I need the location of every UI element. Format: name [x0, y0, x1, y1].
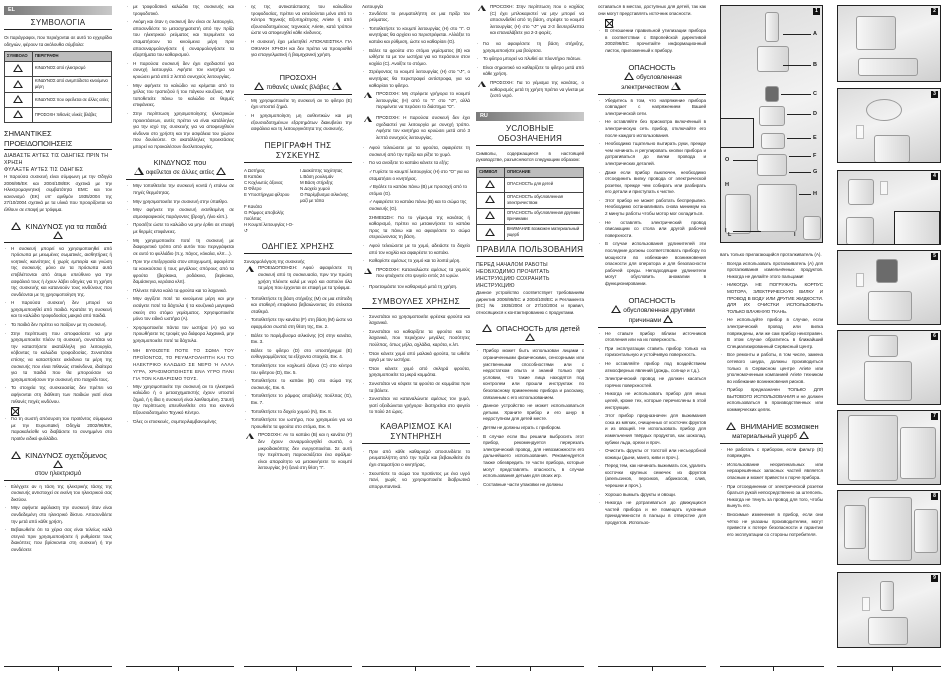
- repair-warnings-list: ης της αντικατάστασης του καλωδίου τροφο…: [244, 4, 352, 59]
- list-item: Όταν κάνετε χυμό από μαλακά φρούτα, τα ω…: [362, 351, 470, 364]
- down-arrow-icon: [856, 273, 864, 287]
- warning-triangle-icon: [663, 315, 673, 323]
- label-g: G: [813, 169, 817, 175]
- warning-triangle-icon: [11, 222, 21, 230]
- symbols-table-header-description: ΠΕΡΙΓΡΑΦΗ: [32, 52, 111, 62]
- down-arrow-icon: [880, 181, 888, 195]
- table-row: ОПАСНОСТЬ обусловленная другими причинам…: [477, 208, 584, 224]
- label-h: H: [813, 191, 817, 197]
- list-item: Προετοιμάστε τον καθαρισμό μετά τη χρήση…: [362, 284, 470, 291]
- list-item: Πριν την επεξεργασία στον αποχυμωτή, αφα…: [126, 259, 234, 285]
- list-item: Никогда не дотрагиваться до движущихся ч…: [598, 500, 706, 526]
- list-item: Всегда использовать проталкиватель (A) д…: [720, 261, 823, 281]
- other-warnings-list-ru: Не ставьте прибор вблизи источников отоп…: [598, 331, 706, 527]
- electric-warnings-list-ru: Убедитесь в том, что напряжение прибора …: [598, 98, 706, 288]
- assembly-caution-note: ΠΡΟΣΟΧΗ: Αν το καπάκι (B) και η κανάτα (…: [244, 432, 352, 474]
- page-number-mark: [530, 666, 531, 671]
- figure-1-exploded-view: 1 A B C D E F G H O H I: [720, 5, 823, 243]
- list-item: Βεβαιωθείτε ότι τα χέρια σας είναι τελεί…: [4, 527, 112, 553]
- list-item: Прибор предназначен ТОЛЬКО ДЛЯ БЫТОВОГО …: [720, 387, 823, 413]
- table-row: ОПАСНОСТЬ для детей: [477, 177, 584, 192]
- operation-note-4: ΠΡΟΣΟΧΗ: Καταναλώστε αμέσως τα χυμούς πο…: [362, 267, 470, 282]
- list-item: Για να ανοίξετε το καπάκι κάνετε τα εξής…: [362, 160, 470, 167]
- list-item: Не работать с прибором, если фильтр (E) …: [720, 447, 823, 460]
- list-item: Τα παιδιά δεν πρέπει να παίζουν με τη συ…: [4, 322, 112, 329]
- weee-bin-icon: [605, 19, 613, 28]
- list-item: Вносимые изменения в прибор, если они чё…: [720, 512, 823, 538]
- page-number-mark: [58, 666, 59, 671]
- caution-triangle-icon: [364, 92, 372, 98]
- list-item: Βάλτε τα φρούτα στο στόμιο γεμίσματος (B…: [362, 48, 470, 68]
- page-number-mark: [892, 666, 893, 671]
- warning-triangle-icon: [611, 305, 621, 313]
- other-danger-heading-ru: ОПАСНОСТЬ обусловленная другими причинам…: [598, 296, 706, 328]
- precautions-title: ΣΗΜΑΝΤΙΚΕΣ ΠΡΟΕΙΔΟΠΟΙΗΣΕΙΣ: [4, 129, 112, 150]
- lid-illustration: [757, 46, 789, 72]
- weee-notice-ru: В отношении правильной утилизации прибор…: [598, 28, 706, 54]
- greek-page-left: EL ΣΥΜΒΟΛΟΓΙΑ Οι παράγραφοι, που περιέχο…: [0, 0, 240, 677]
- page-number-mark: [652, 666, 653, 671]
- usage-warnings-list-ru: вать только прилагающийся проталкиватель…: [720, 252, 823, 414]
- check-item: ✓Γυρίστε το κουμπί λειτουργίας (H) στο "…: [362, 169, 470, 182]
- list-item: Μη χρησιμοποιείτε τη συσκευή αν το φίλτρ…: [244, 98, 352, 111]
- russian-page: ПРОСОХΗ: Στην περίπτωση που ο κοχλίας (C…: [472, 0, 714, 677]
- list-item: Συνιστάται να κόψετε τα φρούτα σε κομμάτ…: [362, 381, 470, 394]
- page-number-mark: [773, 666, 774, 671]
- figure-9-pusher-insertion: 9: [837, 572, 941, 648]
- list-item: Τοποθετήστε τη βάση στήριξης (M) σε μια …: [244, 296, 352, 316]
- symbols-table: ΣΥΜΒΟΛΟ ΠΕΡΙΓΡΑΦΗ ΚΙΝΔΥΝΟΣ από ηλεκτρισμ…: [4, 51, 112, 123]
- list-item: НИКОГДА НЕ ПОГРУЖАТЬ КОРПУС МОТОРА, ЭЛЕК…: [720, 282, 823, 315]
- rules-caps: ПЕРЕД НАЧАЛОМ РАБОТЫ НЕОБХОДИМО ПРОЧИТАТ…: [476, 262, 584, 290]
- list-item: Σκουπίστε το σώμα του προϊόντος με ένα υ…: [362, 471, 470, 491]
- figure-5-auger-insertion: 5: [837, 250, 941, 325]
- label-d: D: [813, 111, 817, 117]
- cleaning-title: ΚΑΘΑΡΙΣΜΟΣ ΚΑΙ ΣΥΝΤΗΡΗΣΗ: [362, 422, 470, 444]
- list-item: Этот прибор не может работать беспрерывн…: [598, 198, 706, 218]
- list-item: Составные части упаковки не должны: [476, 482, 584, 489]
- table-row: ΠΡΟΣΟΧΗ πιθανές υλικές βλάβες: [5, 107, 112, 122]
- list-item: Μην χρησιμοποιείτε την συσκευή στην ύπαι…: [126, 199, 234, 206]
- part-item: E Υποστήριγμα φίλτρου: [244, 192, 296, 204]
- table-row: ΚΙΝΔΥΝΟΣ από ηλεκτρισμό: [5, 61, 112, 76]
- list-item: Этот прибор предназначен для выжимания с…: [598, 413, 706, 446]
- auger-illustration: [765, 86, 779, 102]
- caution-triangle-icon: [799, 431, 809, 439]
- other-danger-heading: ΚΙΝΔΥΝΟΣ που οφείλεται σε άλλες αιτίες: [126, 158, 234, 180]
- footer-rule: [244, 666, 352, 667]
- label-f: F: [813, 153, 816, 159]
- symbols-table-ru: СИМВОЛ ОПИСАНИЕ ОПАСНОСТЬ для детей ОПАС…: [476, 167, 584, 241]
- footer-rule: [362, 666, 470, 667]
- warning-triangle-icon: [216, 167, 226, 175]
- list-item: Ακόμη και όταν η συσκευή δεν είναι σε λε…: [126, 19, 234, 59]
- table-row: ОПАСНОСТЬ обусловленная электричеством: [477, 192, 584, 208]
- list-item: Τοποθετήστε το κουμπί λειτουργίας (H) στ…: [362, 26, 470, 46]
- symbols-title-ru: УСЛОВНЫЕ ОБОЗНАЧЕНИЯ: [476, 124, 584, 146]
- list-item: Использование неоригинальных или неразре…: [720, 462, 823, 482]
- greek-column-3: ης της αντικατάστασης του καλωδίου τροφο…: [244, 4, 352, 476]
- list-item: Προσέξτε ώστε το καλώδιο να μην έρθει σε…: [126, 222, 234, 235]
- weee-bin-icon: [11, 407, 19, 416]
- pulp-container-illustration: [803, 216, 821, 240]
- label-e: E: [813, 135, 817, 141]
- list-item: При отсоединении от электрической розетк…: [720, 484, 823, 510]
- electric-warnings-list: Ελέγχετε αν η τάση της ηλεκτρικής τάσης …: [4, 484, 112, 554]
- filter-illustration: [759, 106, 785, 126]
- parts-list: A Ωστήρας I Διακόπτης ταχύτητας B Καπάκι…: [244, 168, 352, 234]
- figure-8-juice-container: 8: [837, 490, 941, 565]
- caution-triangle-icon: [478, 81, 486, 87]
- tips-list: Συνιστάται να χρησιμοποιείτε φρέσκα φρού…: [362, 314, 470, 416]
- symbols-title: ΣΥΜΒΟΛΟΓΙΑ: [4, 18, 112, 30]
- compliance-text-ru: Данное устройство соответствует требован…: [476, 290, 584, 316]
- part-item: G Ράμφος αποβολής πούλπας: [244, 210, 296, 222]
- operation-note-2: ΠΡΟΣΟΧΗ: Η παρούσα συσκευή δεν έχει σχεδ…: [362, 115, 470, 143]
- list-item: Πλένετε πάντα καλά τα φρούτα και τα λαχα…: [126, 288, 234, 295]
- caution-triangle-icon: [726, 422, 736, 430]
- label-o: O: [725, 157, 729, 163]
- list-item: Убедитесь в том, что напряжение прибора …: [598, 98, 706, 118]
- russian-column-2: оставаться в местах, доступных для детей…: [598, 4, 706, 529]
- list-item: Не оставляйте без присмотра включённый в…: [598, 119, 706, 139]
- footer-rule: [720, 666, 824, 667]
- list-item: Όταν κάνετε χυμό από σκληρά φρούτα, χρησ…: [362, 366, 470, 379]
- list-item: Μην χρησιμοποιείτε την συσκευή αν το ηλε…: [126, 384, 234, 417]
- list-item: Очистить фрукты от толстой или несъедобн…: [598, 448, 706, 461]
- operation-title: Λειτουργία: [362, 4, 470, 11]
- symbols-intro: Οι παράγραφοι, που περιέχονται σε αυτό τ…: [4, 35, 112, 48]
- list-item: Даже если прибор выключен, необходимо от…: [598, 170, 706, 196]
- rules-title: ПРАВИЛА ПОЛЬЗОВАНИЯ: [476, 245, 584, 257]
- continued-text: оставаться в местах, доступных для детей…: [598, 4, 706, 17]
- list-item: Ελέγχετε αν η τάση της ηλεκτρικής τάσης …: [4, 484, 112, 504]
- tips-title: ΣΥΜΒΟΥΛΕΣ ΧΡΗΣΗΣ: [362, 297, 470, 309]
- label-c: C: [813, 91, 817, 97]
- list-item: Не оставляйте прибор под воздействием ат…: [598, 361, 706, 374]
- list-item: Συνιστάται να καθαρίζετε τα φρούτα και τ…: [362, 329, 470, 349]
- list-item: Прибор может быть использован лицами с о…: [476, 348, 584, 401]
- symbols-table-header-symbol: ΣΥΜΒΟΛΟ: [5, 52, 33, 62]
- list-item: Στην περίπτωση χρησιμοποίησης ηλεκτρικών…: [126, 111, 234, 151]
- list-item: Электрический провод не должен касаться …: [598, 376, 706, 389]
- seal-detail-inset: [720, 118, 754, 148]
- figure-2-jug-on-base: 2: [837, 5, 941, 82]
- weee-notice: Για τη σωστή απόσυρση του προϊόντος σύμφ…: [4, 416, 112, 442]
- juice-container-illustration: [725, 194, 751, 234]
- figure-7-pulp-container: 7: [837, 410, 941, 485]
- compliance-text: Η παρούσα συσκευή είναι σύμφωνη με την Ο…: [4, 174, 112, 214]
- russian-column-3: вать только прилагающийся проталкиватель…: [720, 252, 823, 540]
- figure-6-lid-placement: 6: [837, 330, 941, 405]
- electric-warning-icon: [11, 451, 21, 459]
- list-item: Τοποθετήστε την κανάτα (F) στη βάση (M) …: [244, 317, 352, 330]
- list-item: Καθαρίστε αμέσως το χυμό και τα λοιπά μέ…: [362, 258, 470, 265]
- electric-warning-icon: [624, 72, 634, 80]
- list-item: Необходимо тщательно вытирать руки, преж…: [598, 141, 706, 167]
- list-item: Τοποθετήστε τον κοχλιωτό άξονα (C) στο κ…: [244, 363, 352, 376]
- pusher-illustration: [765, 12, 779, 42]
- description-title: ΠΕΡΙΓΡΑΦΗ ΤΗΣ ΣΥΣΚΕΥΗΣ: [244, 141, 352, 163]
- symbols-intro-ru: Символы, содержащиеся в настоящей руково…: [476, 151, 584, 164]
- list-item: Τα στοιχεία της συσκευασίας δεν πρέπει ν…: [4, 385, 112, 405]
- label-i-right: I: [794, 232, 796, 238]
- operation-note-1: ΠΡΟΣΟΧΗ: Μη στρέφετε γρήγορα το κουμπί λ…: [362, 91, 470, 113]
- list-item: Никогда не использовать прибор для иных …: [598, 391, 706, 411]
- list-item: Μην τοποθετείτε την συσκευή κοντά ή επάν…: [126, 183, 234, 196]
- operation-note-3: ΣΗΜΕΙΩΣΗ: Για το γέμισμα της κανάτας ή κ…: [362, 215, 470, 241]
- warning-triangle-icon: [482, 324, 492, 332]
- caution-list: Μη χρησιμοποιείτε τη συσκευή αν το φίλτρ…: [244, 98, 352, 133]
- down-arrow-icon: [862, 597, 870, 611]
- electric-danger-heading: ΚΙΝΔΥΝΟΣ σχετιζόμενος στον ηλεκτρισμό: [4, 451, 112, 481]
- list-item: В случае если Вы решили выбросить этот п…: [476, 434, 584, 480]
- label-l: L: [728, 232, 731, 238]
- part-item: H Κουμπί λειτουργίας I-O-↺: [244, 222, 296, 234]
- list-item: Μην αφήνετε την συσκευή εκτεθειμένη σε α…: [126, 207, 234, 220]
- caution-heading: ΠΡΟΣΟΧΗ πιθανές υλικές βλάβες: [244, 73, 352, 95]
- footer-rule: [126, 666, 234, 667]
- list-item: Συνδέστε το ρευματολήπτη σε μια πρίζα το…: [362, 11, 470, 24]
- warning-triangle-icon: [53, 231, 63, 239]
- usage-title: ΟΔΗΓΙΕΣ ΧΡΗΣΗΣ: [244, 242, 352, 254]
- filter-holder-illustration: [761, 133, 785, 149]
- general-warnings-list: με τροφοδοτικό καλώδιο της συσκευής και …: [126, 4, 234, 150]
- children-warnings-list-ru: Прибор может быть использован лицами с о…: [476, 348, 584, 488]
- list-item: Данное устройство не может использоватьс…: [476, 403, 584, 423]
- list-item: Αφού τελειώσετε με το χυμό, αδειάστε το …: [362, 243, 470, 256]
- caution-triangle-icon: [332, 82, 342, 90]
- list-item: Βάλτε το φίλτρο (D) στο υποστήριγμα (E) …: [244, 348, 352, 361]
- list-item: Перед тем, как начинать выжимать сок, уд…: [598, 463, 706, 489]
- footer-rule: [837, 666, 941, 667]
- list-item: Βάλτε το παρέμβυσμα σιλικόνης (O) στην κ…: [244, 333, 352, 346]
- caution-triangle-icon: [246, 433, 254, 439]
- list-item: Не используйте прибор в случае, если эле…: [720, 317, 823, 350]
- figure-3-seal-insertion: 3: [837, 88, 941, 163]
- list-item: Το φίλτρο μπορεί να πλυθεί σε πλυντήριο …: [476, 56, 584, 63]
- list-item: Η παρούσα συσκευή δεν έχει σχεδιαστεί γι…: [126, 61, 234, 81]
- page-number-mark: [296, 666, 297, 671]
- caution-triangle-icon: [478, 5, 486, 11]
- list-item: Η παρούσα συσκευή δεν μπορεί να χρησιμοπ…: [4, 300, 112, 320]
- list-item: Αφού τελειώσετε με τα φρούτα, αφαιρέστε …: [362, 145, 470, 158]
- list-item: Τοποθετήστε τον ωστήρα, που χρησιμεύει γ…: [244, 417, 352, 430]
- list-item: Χρησιμοποιείτε πάντα τον ωστήρα (A) για …: [126, 325, 234, 345]
- list-item: Η χρησιμοποίηση μη αυθεντικών και μη εξο…: [244, 113, 352, 133]
- page-number-mark: [415, 666, 416, 671]
- warning-triangle-icon: [525, 333, 535, 341]
- check-item: ✓Αφαιρέστε το καπάκι πάνω (B) και το σώμ…: [362, 199, 470, 212]
- electric-warning-icon: [485, 195, 495, 203]
- jug-illustration: [757, 154, 787, 176]
- figure-4-filter-insertion: 4: [837, 170, 941, 245]
- language-tab-el: EL: [4, 6, 112, 15]
- greek-column-2: με τροφοδοτικό καλώδιο της συσκευής και …: [126, 4, 234, 427]
- list-item: Μη χρησιμοποιείτε ποτέ τη συσκευή με δια…: [126, 238, 234, 258]
- label-b: B: [813, 62, 817, 68]
- list-item: Όλες οι επισκευές, συμπεριλαμβανομένης: [126, 419, 234, 426]
- table-row: ВНИМАНИЕ возможен материальный ущерб: [477, 224, 584, 240]
- list-item: Не оставлять электрический провод свисаю…: [598, 220, 706, 240]
- warning-triangle-icon: [485, 180, 495, 188]
- russian-column-1: ПРОСОХΗ: Στην περίπτωση που ο κοχλίας (C…: [476, 4, 584, 490]
- label-a: A: [813, 31, 817, 37]
- language-tab-ru: RU: [476, 112, 584, 121]
- caution-list-ru: Не работать с прибором, если фильтр (E) …: [720, 447, 823, 539]
- list-item: Все ремонты и работы, в том числе, замен…: [720, 352, 823, 385]
- label-n: H: [725, 182, 729, 188]
- list-item: με τροφοδοτικό καλώδιο της συσκευής και …: [126, 4, 234, 17]
- electric-warning-icon: [13, 80, 23, 88]
- list-item: При эксплуатации ставить прибор только н…: [598, 346, 706, 359]
- list-item: ΜΗ ΒΥΘΙΖΕΤΕ ΠΟΤΕ ΤΟ ΣΩΜΑ ΤΟΥ ΠΡΟΪΟΝΤΟΣ, …: [126, 347, 234, 382]
- caution-triangle-icon: [254, 82, 264, 90]
- list-item: Τοποθετήστε το καπάκι (B) στο σώμα της σ…: [244, 378, 352, 391]
- greek-page-right: ης της αντικατάστασης του καλωδίου τροφο…: [240, 0, 472, 677]
- greek-column-4: Λειτουργία Συνδέστε το ρευματολήπτη σε μ…: [362, 4, 470, 492]
- caution-triangle-icon: [13, 110, 23, 118]
- part-item: O Παρέμβυσμα σιλικόνης μαζί με τάπα: [300, 192, 352, 204]
- warning-triangle-icon: [13, 64, 23, 72]
- figure-number: 1: [813, 8, 820, 15]
- caution-triangle-icon: [485, 228, 495, 236]
- label-i: I: [725, 228, 727, 234]
- list-item: Μην αφήνετε το καλώδιο να κρέμεται από τ…: [126, 83, 234, 109]
- read-instructions-line: ΔΙΑΒΑΣΤΕ ΑΥΤΕΣ ΤΙΣ ΟΔΗΓΙΕΣ ΠΡΙΝ ΤΗ ΧΡΗΣΗ: [4, 153, 112, 167]
- cleaning-list: Πριν από κάθε καθαρισμό αποσυνδέετε το ρ…: [362, 449, 470, 491]
- caution-triangle-icon: [364, 268, 372, 274]
- down-arrow-icon: [856, 125, 864, 139]
- list-item: Детям не должны играть с прибором.: [476, 425, 584, 432]
- list-item: Συνιστάται να χρησιμοποιείτε φρέσκα φρού…: [362, 314, 470, 327]
- list-item: Η συσκευή μπορεί να χρησιμοποιηθεί από π…: [4, 246, 112, 299]
- list-item: Τοποθετήστε το ράμφος αποβολής πούλπας (…: [244, 393, 352, 406]
- warning-triangle-icon: [485, 211, 495, 219]
- list-item: Μην αφήνετε αφύλακτη την συσκευή όταν εί…: [4, 505, 112, 525]
- list-item: Η συσκευή έχει μελετηθεί ΑΠΟΚΛΕΙΣΤΙΚΑ ΓΙ…: [244, 39, 352, 59]
- warning-triangle-icon: [134, 167, 144, 175]
- list-item: Хорошо вымыть фрукты и овощи.: [598, 492, 706, 499]
- usage-warning-note: ΠΡΟΕΙΔΟΠΟΙΗΣΗ: Αφού αφαιρέσετε τη συσκευ…: [244, 265, 352, 293]
- list-item: Είναι σημαντικό να καθαρίζετε το φίλτρο …: [476, 65, 584, 78]
- check-item: ✓Βγάλτε το καπάκι πάνω (B) με προσοχή απ…: [362, 184, 470, 197]
- list-item: Τοποθετήστε το δοχείο χυμού (N), Εικ. 8.: [244, 409, 352, 416]
- children-warnings-list: Η συσκευή μπορεί να χρησιμοποιηθεί από π…: [4, 246, 112, 406]
- list-item: Πριν από κάθε καθαρισμό αποσυνδέετε το ρ…: [362, 449, 470, 469]
- children-danger-heading: ΚΙΝΔΥΝΟΣ για τα παιδιά: [4, 222, 112, 243]
- assembly-steps-list: Τοποθετήστε τη βάση στήριξης (M) σε μια …: [244, 296, 352, 431]
- table-row: ΚΙΝΔΥΝΟΣ που οφείλεται σε άλλες αιτίες: [5, 92, 112, 107]
- list-item: Не ставьте прибор вблизи источников отоп…: [598, 331, 706, 344]
- greek-column-1: EL ΣΥΜΒΟΛΟΓΙΑ Οι παράγραφοι, που περιέχο…: [4, 6, 112, 556]
- caution-triangle-icon: [246, 266, 254, 272]
- caution-heading-ru: ВНИМАНИЕ возможен материальный ущерб: [720, 422, 823, 444]
- table-row: ΚΙΝΔΥΝΟΣ από ανεμπόδιστα κινούμενα μέρη: [5, 76, 112, 92]
- children-danger-heading-ru: ОПАСНОСТЬ для детей: [476, 324, 584, 345]
- list-item: вать только прилагающийся проталкиватель…: [720, 252, 823, 259]
- bottom-caution-note: ΠΡΟΣΟΧΗ: Για το γέμισμα της κανάτας, ο κ…: [476, 80, 584, 102]
- list-item: Στην περίπτωση που αποφασίσετε να μην χρ…: [4, 331, 112, 384]
- caution-triangle-icon: [364, 116, 372, 122]
- list-item: В случае использования удлинителей эти п…: [598, 241, 706, 287]
- electric-warning-icon: [671, 82, 681, 90]
- list-item: Μην αγγίζετε ποτέ τα κινούμενα μέρη και …: [126, 296, 234, 322]
- list-item: Στρέφοντας το κουμπί λειτουργίας (H) στο…: [362, 69, 470, 89]
- list-item: Για να αφαιρέσετε τη βάση στήριξης, χρησ…: [476, 41, 584, 54]
- motor-base-illustration: [757, 184, 797, 232]
- list-item: ης της αντικατάστασης του καλωδίου τροφο…: [244, 4, 352, 37]
- keep-instructions-line: ΦΥΛΑΞΤΕ ΑΥΤΕΣ ΤΙΣ ΟΔΗΓΙΕΣ: [4, 167, 112, 174]
- top-caution-note: ПРОСОХΗ: Στην περίπτωση που ο κοχλίας (C…: [476, 4, 584, 39]
- electric-danger-heading-ru: ОПАСНОСТЬ обусловленная электричеством: [598, 63, 706, 95]
- warning-triangle-icon: [13, 95, 23, 103]
- page-number-mark: [178, 666, 179, 671]
- electric-warning-icon: [53, 460, 63, 468]
- operation-list: Συνδέστε το ρευματολήπτη σε μια πρίζα το…: [362, 11, 470, 90]
- list-item: Συνιστάται να καταναλώνετε αμέσως τον χυ…: [362, 396, 470, 416]
- other-warnings-list: Μην τοποθετείτε την συσκευή κοντά ή επάν…: [126, 183, 234, 425]
